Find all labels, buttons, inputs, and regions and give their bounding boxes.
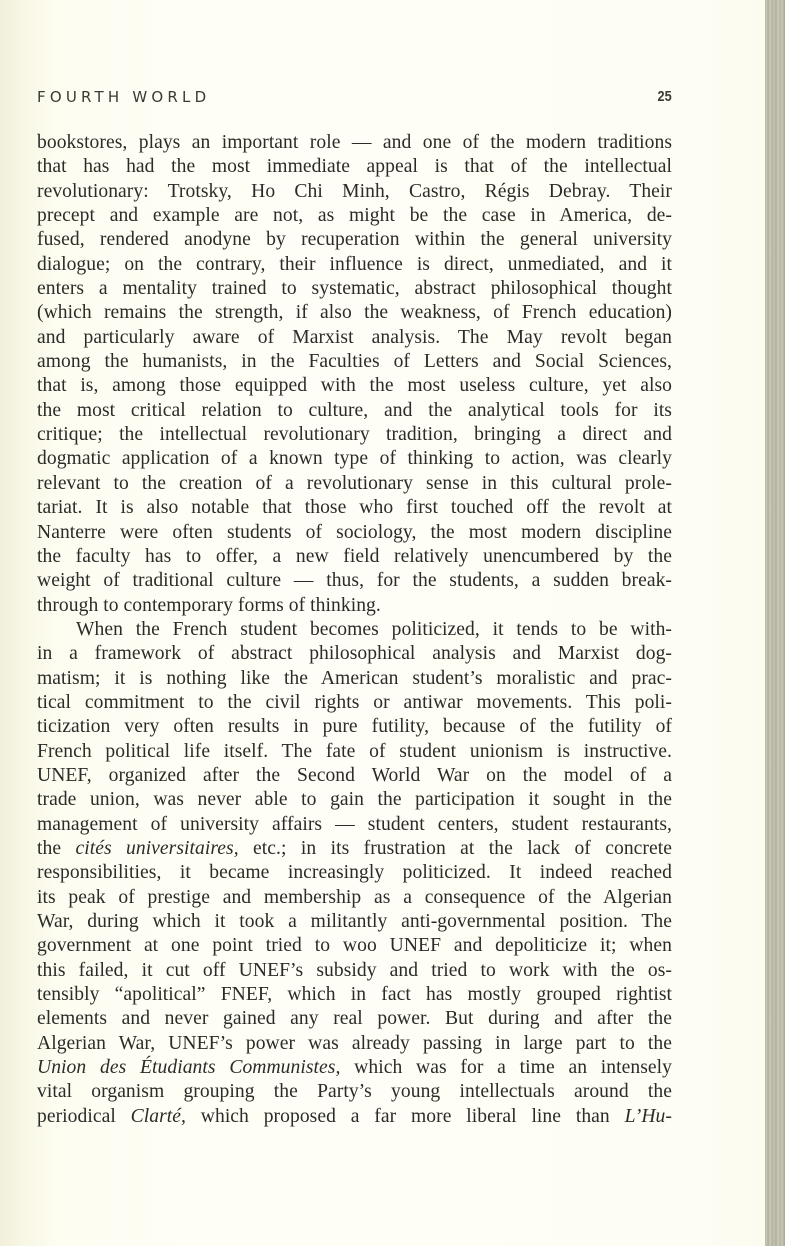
text-run: the [37,838,75,859]
text-line: through to contemporary forms of thinkin… [37,594,672,618]
text-line: tensibly “apolitical” FNEF, which in fac… [37,983,672,1007]
body-text: bookstores, plays an important role — an… [37,131,672,1129]
text-run: which was for a time an intensely [340,1057,672,1078]
text-run: Algerian War, UNEF’s power was already p… [37,1033,672,1054]
text-run: revolutionary: Trotsky, Ho Chi Minh, Cas… [37,181,672,202]
text-run: responsibilities, it became increasingly… [37,862,672,883]
text-line: elements and never gained any real power… [37,1007,672,1031]
text-line: the most critical relation to culture, a… [37,399,672,423]
text-run: that has had the most immediate appeal i… [37,156,672,177]
text-line: that has had the most immediate appeal i… [37,155,672,179]
text-run: management of university affairs — stude… [37,814,672,835]
text-line: dialogue; on the contrary, their influen… [37,253,672,277]
text-line: management of university affairs — stude… [37,813,672,837]
text-run: tensibly “apolitical” FNEF, which in fac… [37,984,672,1005]
text-line: matism; it is nothing like the American … [37,667,672,691]
running-head-title: FOURTH WORLD [37,88,210,106]
text-line: When the French student becomes politici… [37,618,672,642]
text-line: government at one point tried to woo UNE… [37,934,672,958]
text-run: tical commitment to the civil rights or … [37,692,672,713]
text-run: Nanterre were often students of sociolog… [37,522,672,543]
text-line: ticization very often results in pure fu… [37,715,672,739]
text-line: bookstores, plays an important role — an… [37,131,672,155]
text-line: UNEF, organized after the Second World W… [37,764,672,788]
text-line: critique; the intellectual revolutionary… [37,423,672,447]
text-line: vital organism grouping the Party’s youn… [37,1080,672,1104]
text-line: this failed, it cut off UNEF’s subsidy a… [37,959,672,983]
text-run: relevant to the creation of a revolution… [37,473,672,494]
text-run: that is, among those equipped with the m… [37,375,672,396]
text-run: dogmatic application of a known type of … [37,448,672,469]
text-line: War, during which it took a militantly a… [37,910,672,934]
italic-text: L’Hu- [625,1106,672,1127]
text-run: vital organism grouping the Party’s youn… [37,1081,672,1102]
paragraph: When the French student becomes politici… [37,618,672,1129]
text-run: French political life itself. The fate o… [37,741,672,762]
text-run: bookstores, plays an important role — an… [37,132,672,153]
text-line: fused, rendered anodyne by recuperation … [37,228,672,252]
text-run: When the French student becomes politici… [76,619,672,640]
text-run: critique; the intellectual revolutionary… [37,424,672,445]
text-run: through to contemporary forms of thinkin… [37,595,381,616]
text-run: weight of traditional culture — thus, fo… [37,570,672,591]
text-run: among the humanists, in the Faculties of… [37,351,672,372]
text-run: etc.; in its frustration at the lack of … [239,838,672,859]
text-run: in a framework of abstract philosophical… [37,643,672,664]
text-run: periodical [37,1106,131,1127]
text-line: Nanterre were often students of sociolog… [37,521,672,545]
text-run: dialogue; on the contrary, their influen… [37,254,672,275]
text-line: in a framework of abstract philosophical… [37,642,672,666]
text-line: among the humanists, in the Faculties of… [37,350,672,374]
text-run: and particularly aware of Marxist analys… [37,327,672,348]
text-run: ticization very often results in pure fu… [37,716,672,737]
text-line: weight of traditional culture — thus, fo… [37,569,672,593]
page-stack-edge [765,0,785,1246]
text-line: the cités universitaires, etc.; in its f… [37,837,672,861]
text-run: tariat. It is also notable that those wh… [37,497,672,518]
text-run: fused, rendered anodyne by recuperation … [37,229,672,250]
text-run: elements and never gained any real power… [37,1008,672,1029]
text-line: its peak of prestige and membership as a… [37,886,672,910]
text-run: matism; it is nothing like the American … [37,668,672,689]
italic-text: cités universitaires, [75,838,238,859]
text-line: tariat. It is also notable that those wh… [37,496,672,520]
text-line: responsibilities, it became increasingly… [37,861,672,885]
book-page: FOURTH WORLD 25 bookstores, plays an imp… [0,0,765,1246]
text-run: its peak of prestige and membership as a… [37,887,672,908]
text-line: French political life itself. The fate o… [37,740,672,764]
paragraph: bookstores, plays an important role — an… [37,131,672,618]
text-run: the most critical relation to culture, a… [37,400,672,421]
text-line: periodical Clarté, which proposed a far … [37,1105,672,1129]
text-line: relevant to the creation of a revolution… [37,472,672,496]
text-run: War, during which it took a militantly a… [37,911,672,932]
page-number: 25 [658,88,672,105]
text-run: trade union, was never able to gain the … [37,789,672,810]
text-line: trade union, was never able to gain the … [37,788,672,812]
text-line: the faculty has to offer, a new field re… [37,545,672,569]
text-line: precept and example are not, as might be… [37,204,672,228]
text-line: tical commitment to the civil rights or … [37,691,672,715]
text-line: Algerian War, UNEF’s power was already p… [37,1032,672,1056]
text-line: Union des Étudiants Communistes, which w… [37,1056,672,1080]
text-line: and particularly aware of Marxist analys… [37,326,672,350]
text-run: (which remains the strength, if also the… [37,302,672,323]
text-line: that is, among those equipped with the m… [37,374,672,398]
text-line: enters a mentality trained to systematic… [37,277,672,301]
text-run: which proposed a far more liberal line t… [186,1106,625,1127]
text-run: enters a mentality trained to systematic… [37,278,672,299]
text-line: (which remains the strength, if also the… [37,301,672,325]
text-run: government at one point tried to woo UNE… [37,935,672,956]
text-run: UNEF, organized after the Second World W… [37,765,672,786]
text-run: the faculty has to offer, a new field re… [37,546,672,567]
italic-text: Union des Étudiants Communistes, [37,1057,340,1078]
text-line: revolutionary: Trotsky, Ho Chi Minh, Cas… [37,180,672,204]
text-run: this failed, it cut off UNEF’s subsidy a… [37,960,672,981]
text-run: precept and example are not, as might be… [37,205,672,226]
text-line: dogmatic application of a known type of … [37,447,672,471]
running-head: FOURTH WORLD 25 [37,88,672,110]
italic-text: Clarté, [131,1106,186,1127]
